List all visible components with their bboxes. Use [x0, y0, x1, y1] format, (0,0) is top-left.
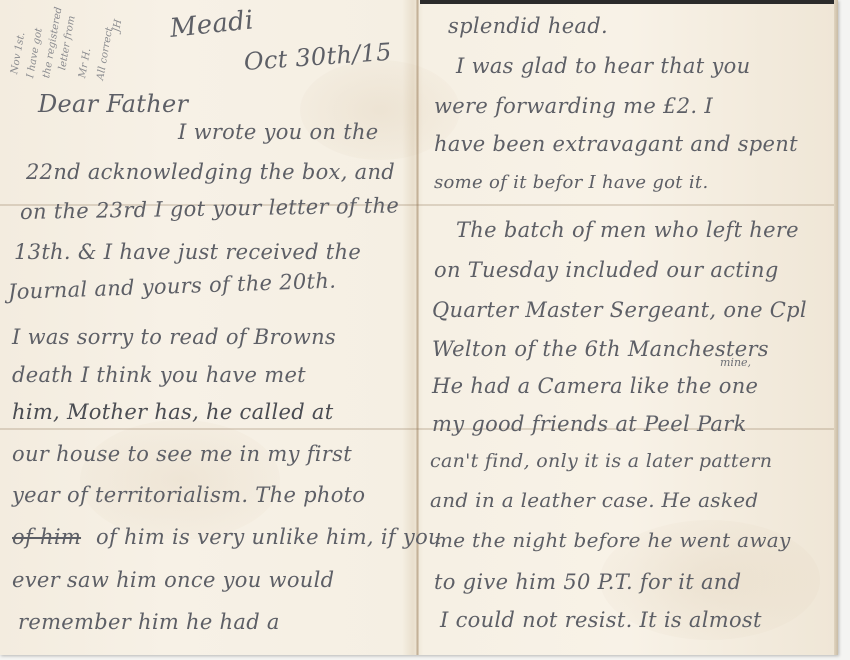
letter-place: Meadi [168, 5, 255, 44]
margin-note-line: Mr H. [77, 47, 93, 79]
margin-note-line: JH [111, 19, 124, 33]
left-page: Nov 1st. I have got the registered lette… [0, 0, 416, 655]
letter-line: my good friends at Peel Park [432, 412, 747, 436]
letter-line: Welton of the 6th Manchesters [432, 337, 769, 361]
letter-line: remember him he had a [18, 610, 280, 634]
letter-line: Journal and yours of the 20th. [8, 269, 337, 304]
letter-line: He had a Camera like the one [432, 374, 758, 398]
letter-line: him, Mother has, he called at [12, 400, 333, 424]
letter-line: on the 23rd I got your letter of the [20, 193, 400, 224]
letter-line: I was glad to hear that you [456, 54, 750, 78]
letter-line: can't find, only it is a later pattern [430, 450, 772, 472]
letter-line: were forwarding me £2. I [434, 94, 713, 118]
letter-line: death I think you have met [12, 363, 306, 387]
letter-line: The batch of men who left here [456, 218, 799, 242]
letter-salutation: Dear Father [38, 90, 188, 118]
struck-text: of him [12, 525, 81, 549]
letter-line: ever saw him once you would [12, 568, 334, 592]
margin-note-line: Nov 1st. [9, 31, 27, 75]
letter-line: I could not resist. It is almost [440, 608, 762, 632]
letter-line: on Tuesday included our acting [434, 258, 779, 282]
inserted-word: mine, [720, 356, 751, 369]
letter-line: I was sorry to read of Browns [12, 325, 336, 349]
letter-line: year of territorialism. The photo [12, 483, 365, 507]
right-page: splendid head. I was glad to hear that y… [420, 0, 834, 655]
letter-line: I wrote you on the [178, 120, 379, 144]
vertical-fold-crease [416, 0, 419, 655]
paper-right-edge [834, 0, 838, 655]
letter-line: splendid head. [448, 14, 608, 38]
letter-line: and in a leather case. He asked [430, 488, 759, 512]
letter-date: Oct 30th/15 [243, 38, 393, 76]
letter-line: 22nd acknowledging the box, and [26, 160, 395, 184]
letter-line: our house to see me in my first [12, 442, 352, 466]
letter-sheet: Nov 1st. I have got the registered lette… [0, 0, 838, 655]
letter-line: to give him 50 P.T. for it and [434, 570, 741, 594]
margin-note-line: All correct [95, 26, 115, 81]
letter-line: 13th. & I have just received the [14, 240, 361, 264]
letter-line: have been extravagant and spent [434, 132, 798, 156]
letter-line: of him is very unlike him, if you [96, 525, 442, 549]
letter-line: Quarter Master Sergeant, one Cpl [432, 298, 807, 322]
letter-line: some of it befor I have got it. [434, 172, 708, 193]
letter-line-with-strike: of him [12, 525, 81, 549]
letter-line: me the night before he went away [434, 528, 791, 552]
